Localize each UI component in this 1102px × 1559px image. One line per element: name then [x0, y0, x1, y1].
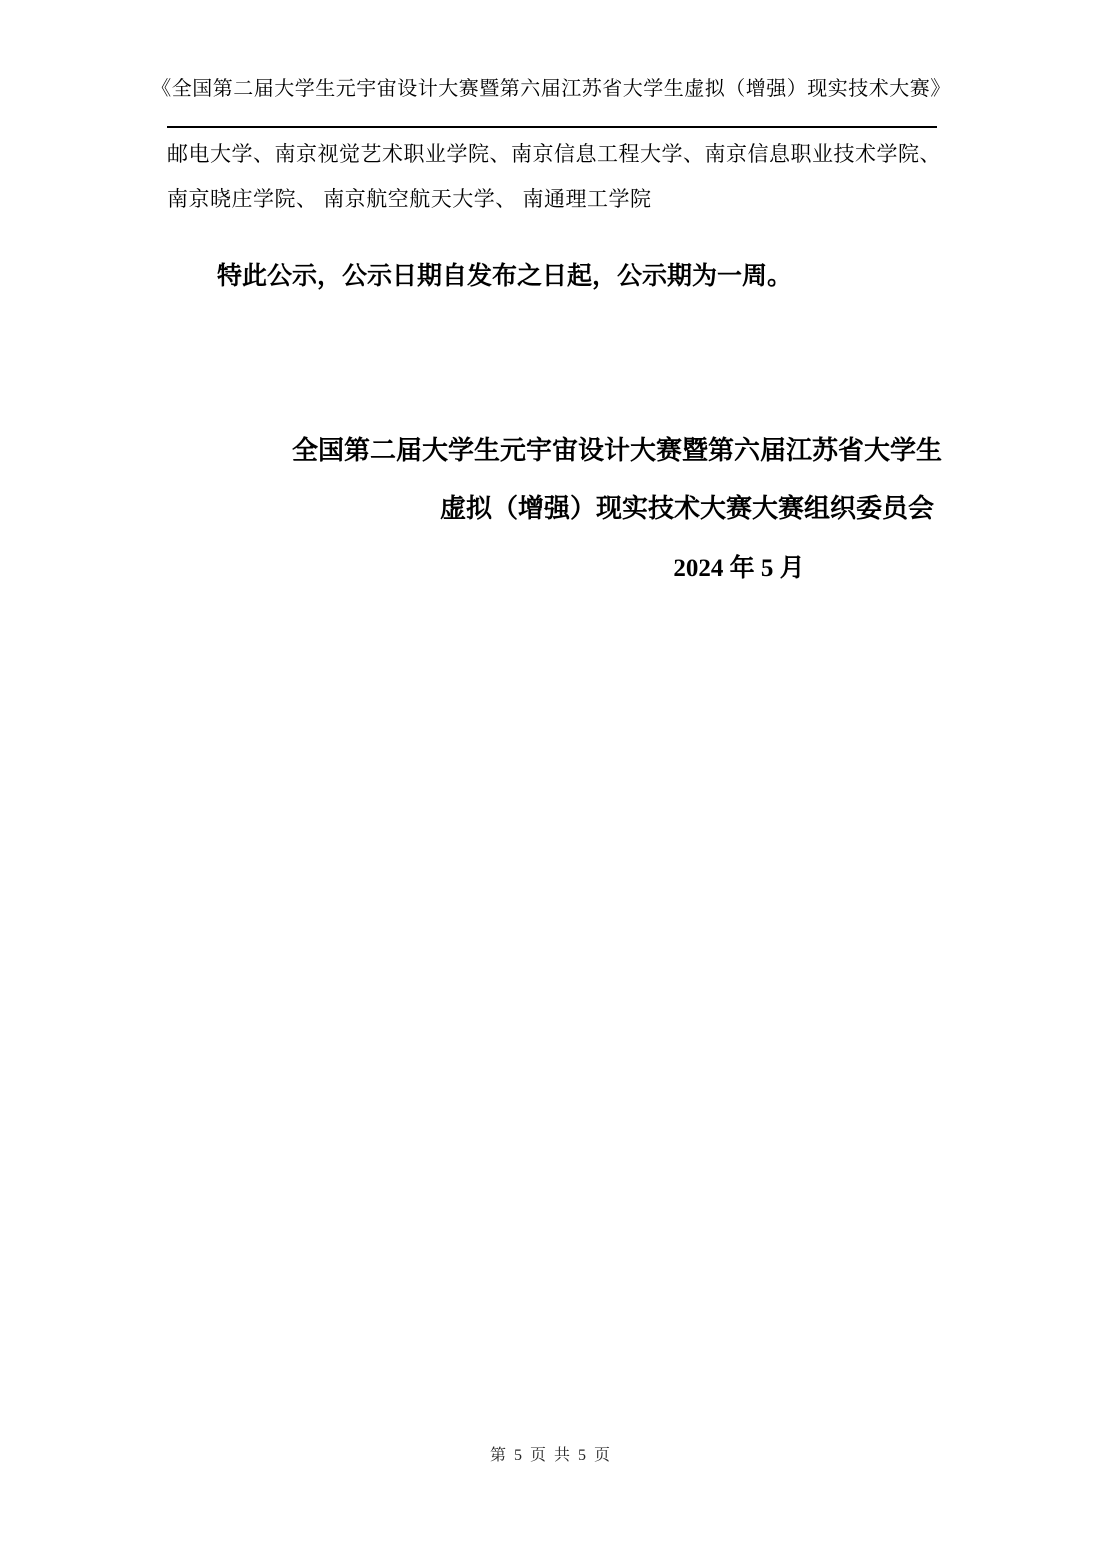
school-list-paragraph: 邮电大学、南京视觉艺术职业学院、南京信息工程大学、南京信息职业技术学院、 南京晓…: [167, 132, 942, 222]
signature-organization-line-1: 全国第二届大学生元宇宙设计大赛暨第六届江苏省大学生: [66, 427, 1102, 475]
school-list-line: 南京晓庄学院、 南京航空航天大学、 南通理工学院: [167, 177, 942, 222]
page-number-indicator: 第 5 页 共 5 页: [0, 1444, 1102, 1468]
public-notice-line: 特此公示，公示日期自发布之日起，公示期为一周。: [167, 254, 942, 299]
school-list-line: 邮电大学、南京视觉艺术职业学院、南京信息工程大学、南京信息职业技术学院、: [167, 132, 942, 177]
document-page: 《全国第二届大学生元宇宙设计大赛暨第六届江苏省大学生虚拟（增强）现实技术大赛》 …: [0, 0, 1102, 1559]
signature-organization-line-2: 虚拟（增强）现实技术大赛大赛组织委员会: [136, 485, 1102, 533]
signature-date: 2024 年 5 月: [188, 545, 1102, 593]
document-header-title: 《全国第二届大学生元宇宙设计大赛暨第六届江苏省大学生虚拟（增强）现实技术大赛》: [0, 74, 1102, 104]
header-rule-divider: [167, 126, 937, 128]
